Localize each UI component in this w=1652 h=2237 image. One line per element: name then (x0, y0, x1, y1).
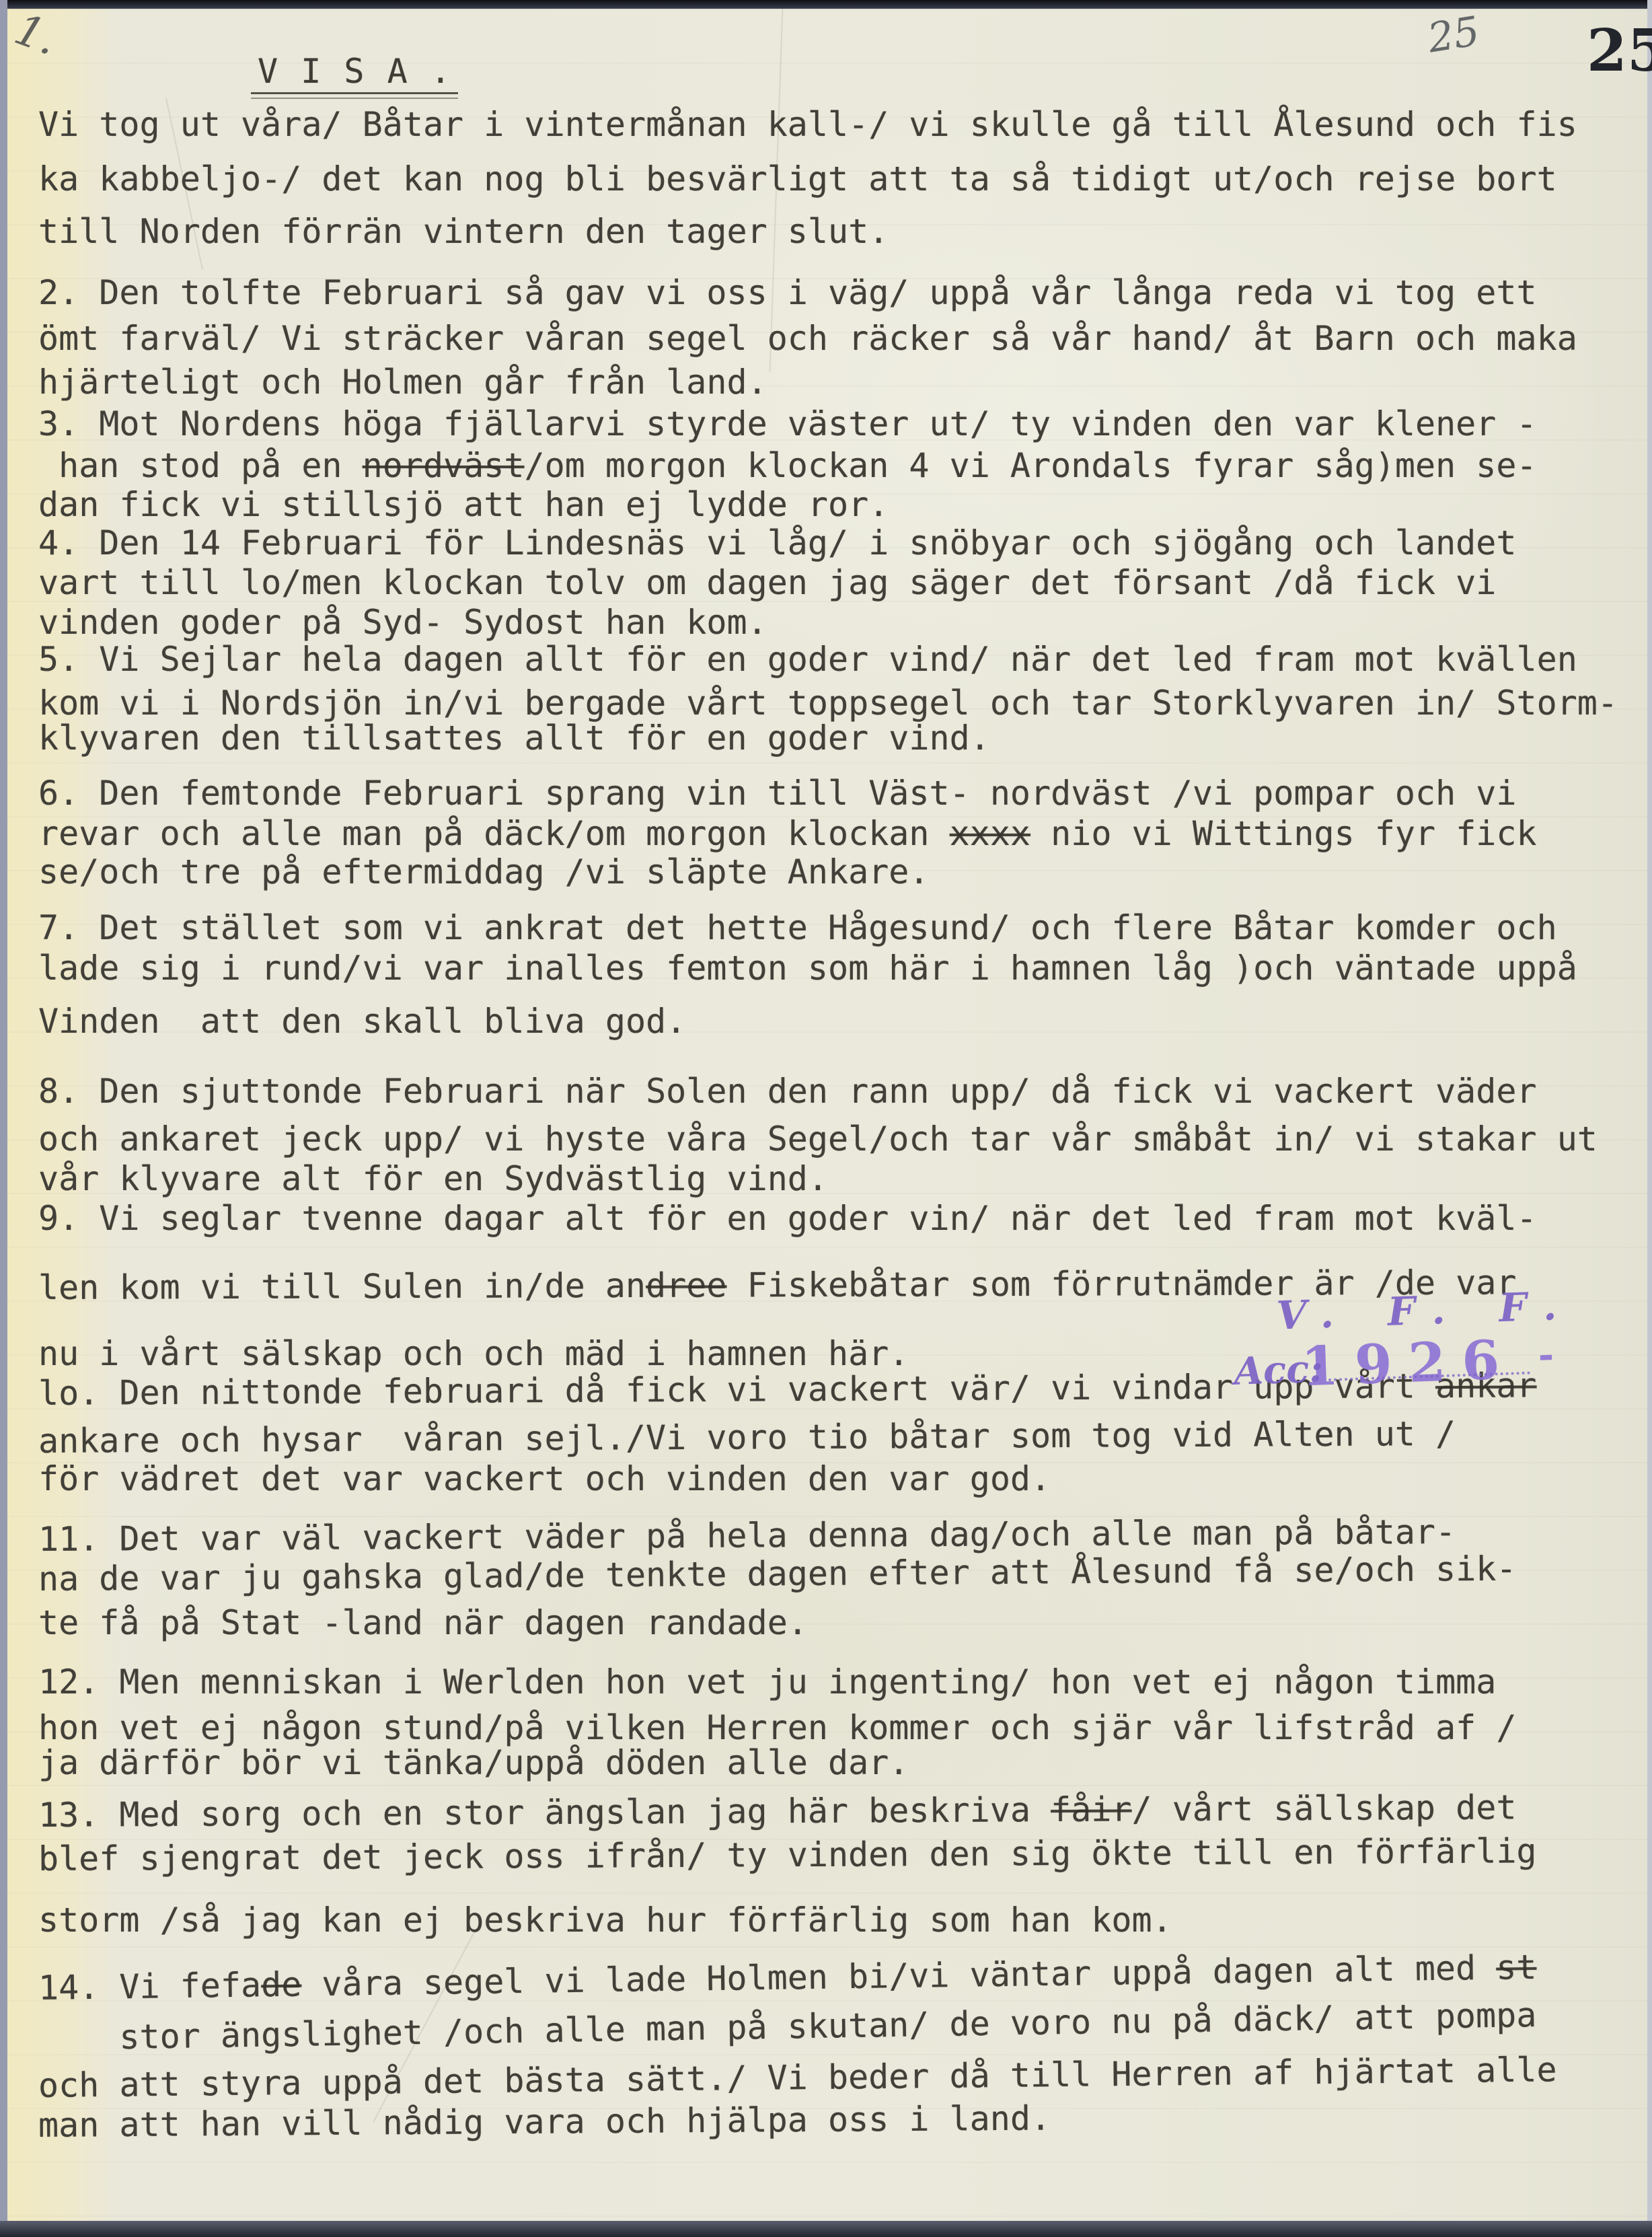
text-line: 5. Vi Sejlar hela dagen allt för en gode… (38, 643, 1577, 676)
stamp-acc-line (1328, 1365, 1530, 1381)
text-line: se/och tre på eftermiddag /vi släpte Ank… (38, 855, 930, 889)
text-line: dan fick vi stillsjö att han ej lydde ro… (38, 488, 889, 521)
text-line: na de var ju gahska glad/de tenkte dagen… (38, 1552, 1517, 1596)
pencil-page-number: 25 (1425, 7, 1482, 62)
text-line: vinden goder på Syd- Sydost han kom. (38, 606, 767, 639)
text-line: storm /så jag kan ej beskriva hur förfär… (38, 1903, 1172, 1937)
text-line: stor ängslighet /och alle man på skutan/… (38, 1998, 1537, 2055)
text-line: ja därför bör vi tänka/uppå döden alle d… (38, 1746, 909, 1780)
archive-stamp: V. F. F. 1926- Acc: (1232, 1282, 1579, 1394)
stamp-acc-label: Acc: (1233, 1346, 1324, 1394)
text-line: Vinden att den skall bliva god. (38, 1004, 686, 1038)
scan-edge-top (0, 0, 1652, 9)
text-line: 2. Den tolfte Februari så gav vi oss i v… (38, 276, 1537, 309)
page-title: V I S A . (258, 52, 452, 91)
text-line: 9. Vi seglar tvenne dagar alt för en god… (38, 1202, 1537, 1235)
text-line: man att han vill nådig vara och hjälpa o… (38, 2101, 1051, 2142)
text-line: Vi tog ut våra/ Båtar i vintermånan kall… (38, 108, 1577, 141)
text-line: vart till lo/men klockan tolv om dagen j… (38, 566, 1496, 599)
title-underline (251, 92, 458, 99)
text-line: ka kabbeljo-/ det kan nog bli besvärligt… (38, 162, 1557, 196)
scan-edge-right (1647, 0, 1652, 2237)
text-line: 12. Men menniskan i Werlden hon vet ju i… (38, 1665, 1496, 1699)
text-line: kom vi i Nordsjön in/vi bergade vårt top… (38, 686, 1618, 720)
text-line: 7. Det stället som vi ankrat det hette H… (38, 911, 1557, 945)
text-line: och ankaret jeck upp/ vi hyste våra Sege… (38, 1122, 1598, 1156)
text-line: klyvaren den tillsattes allt för en gode… (38, 721, 990, 755)
text-line: revar och alle man på däck/om morgon klo… (38, 817, 1537, 850)
text-line: till Norden förrän vintern den tager slu… (38, 215, 889, 248)
document-page: 1. 25 25 V I S A . Vi tog ut våra/ Båtar… (7, 9, 1647, 2221)
text-line: 4. Den 14 Februari för Lindesnäs vi låg/… (38, 526, 1517, 560)
text-line: lade sig i rund/vi var inalles femton so… (38, 951, 1577, 985)
text-line: 3. Mot Nordens höga fjällarvi styrde väs… (38, 407, 1537, 441)
text-line: 6. Den femtonde Februari sprang vin till… (38, 776, 1517, 810)
text-line: 13. Med sorg och en stor ängslan jag här… (38, 1790, 1517, 1832)
text-line: han stod på en nordväst/om morgon klocka… (38, 449, 1537, 482)
text-line: 8. Den sjuttonde Februari när Solen den … (38, 1074, 1537, 1108)
text-line: hjärteligt och Holmen går från land. (38, 365, 767, 399)
text-line: vår klyvare alt för en Sydvästlig vind. (38, 1162, 828, 1196)
text-line: 14. Vi fefade våra segel vi lade Holmen … (38, 1950, 1537, 2005)
text-line: ankare och hysar våran sejl./Vi voro tio… (38, 1417, 1456, 1458)
scan-edge-bottom (0, 2221, 1652, 2237)
text-line: blef sjengrat det jeck oss ifrån/ ty vin… (38, 1834, 1537, 1876)
printed-page-number: 25 (1587, 17, 1652, 85)
text-line: för vädret det var vackert och vinden de… (38, 1462, 1051, 1496)
text-line: hon vet ej någon stund/på vilken Herren … (38, 1711, 1517, 1745)
text-line: och att styra uppå det bästa sätt./ Vi b… (38, 2053, 1557, 2102)
scanned-document: { "doc": { "title": "V I S A .", "corner… (0, 0, 1652, 2237)
text-line: 11. Det var väl vackert väder på hela de… (38, 1515, 1456, 1556)
scan-edge-left (0, 0, 7, 2237)
text-line: nu i vårt sälskap och och mäd i hamnen h… (38, 1337, 909, 1370)
stamp-dash: - (1538, 1332, 1555, 1377)
text-line: te få på Stat -land när dagen randade. (38, 1606, 808, 1640)
corner-mark: 1. (8, 5, 64, 65)
text-line: ömt farväl/ Vi sträcker våran segel och … (38, 322, 1577, 355)
